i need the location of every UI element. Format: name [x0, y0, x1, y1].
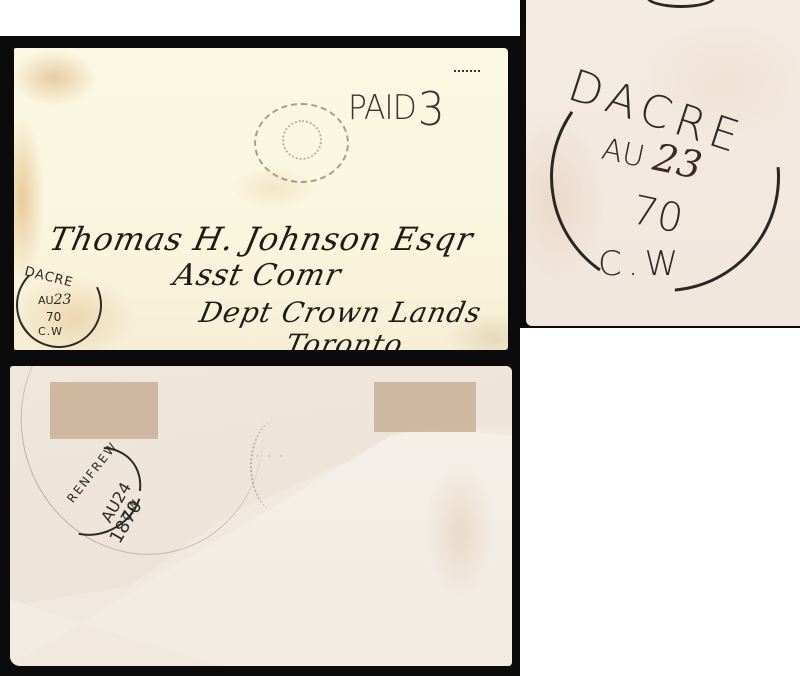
postmark-province: C.W	[38, 325, 63, 338]
hinge-tape-left	[50, 382, 158, 439]
paid-rate: 3	[418, 82, 444, 136]
cover-back-photo: · · · RENFREW AU24 1870 C.W	[0, 354, 520, 676]
address-line-name: Thomas H. Johnson Esqr	[46, 220, 477, 258]
paid-handstamp-mark	[454, 70, 480, 73]
envelope-front: PAID3 Thomas H. Johnson Esqr Asst Comr D…	[14, 48, 508, 350]
paid-word: PAID	[348, 88, 416, 128]
envelope-detail: DACRE AU 23 70 C.W	[526, 0, 800, 326]
postmark-day: 23	[54, 292, 72, 308]
handwriting-fragment	[646, 0, 716, 8]
postmark-month: AU	[38, 294, 54, 307]
paid-handstamp: PAID3	[348, 76, 444, 130]
hinge-tape-right	[374, 382, 476, 432]
postmark-province: C.W	[598, 244, 684, 284]
address-line-title: Asst Comr	[170, 258, 344, 293]
faint-back-postmark	[250, 420, 306, 512]
address-line-department: Dept Crown Lands	[196, 296, 484, 329]
envelope-back: · · · RENFREW AU24 1870 C.W	[10, 366, 512, 666]
postmark-year: 70	[46, 310, 61, 324]
postmark-arc-right	[30, 428, 159, 555]
paper-stain	[410, 432, 510, 632]
faint-postmark-inner	[282, 120, 322, 160]
postmark-detail-photo: DACRE AU 23 70 C.W	[520, 0, 800, 328]
faint-back-postmark-text: · · ·	[256, 452, 285, 462]
dacre-postmark-enlarged: DACRE AU 23 70 C.W	[540, 52, 790, 302]
postmark-month: AU	[599, 132, 648, 175]
dacre-postmark-front: DACRE AU23 70 C.W	[16, 262, 102, 348]
renfrew-postmark: RENFREW AU24 1870 C.W	[40, 444, 150, 540]
address-line-city: Toronto	[282, 328, 406, 350]
cover-front-photo: PAID3 Thomas H. Johnson Esqr Asst Comr D…	[0, 36, 520, 359]
postmark-date: AU23	[38, 292, 71, 308]
